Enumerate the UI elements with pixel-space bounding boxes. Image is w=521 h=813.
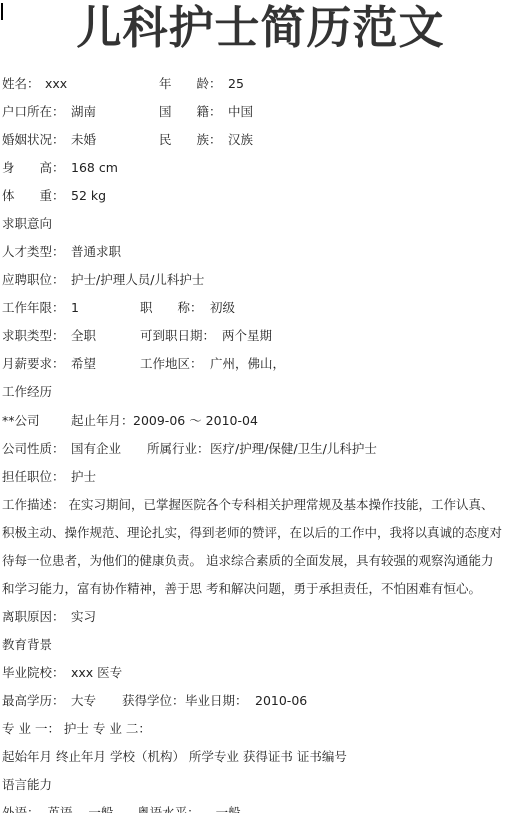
area-label: 工作地区： [140,356,203,372]
period-label: 起止年月： [71,413,134,429]
grad-value: 2010-06 [255,693,307,709]
section-heading-intent: 求职意向 [2,216,52,232]
name-label: 姓名： [2,76,40,92]
ethnicity-label: 民 族： [159,132,222,148]
nationality-label: 国 籍： [159,104,222,120]
rank-label: 职 称： [140,300,203,316]
work-description-line-3: 待每一位患者，为他们的健康负责。 追求综合素质的全面发展，具有较强的观察沟通能力 [2,553,493,569]
age-value: 25 [228,76,244,92]
role-value: 护士 [71,469,96,485]
age-label: 年 龄： [159,76,222,92]
talent-label: 人才类型： [2,244,65,260]
weight-value: 52 kg [71,188,106,204]
height-label: 身 高： [2,160,65,176]
nature-value: 国有企业 [71,441,121,457]
section-heading-language: 语言能力 [2,777,52,793]
nature-label: 公司性质： [2,441,65,457]
section-heading-experience: 工作经历 [2,384,52,400]
hukou-value: 湖南 [71,104,96,120]
section-heading-education: 教育背景 [2,637,52,653]
name-value: xxx [45,76,67,92]
leave-label: 离职原因： [2,609,65,625]
award-label: 获得学位： [122,693,185,709]
degree-label: 最高学历： [2,693,65,709]
school-value: xxx 医专 [71,665,122,681]
row-majors: 专 业 一： 护士 专 业 二： [2,721,151,737]
talent-value: 普通求职 [71,244,121,260]
leave-value: 实习 [71,609,96,625]
height-value: 168 cm [71,160,118,176]
work-description-line-4: 和学习能力，富有协作精神，善于思 考和解决问题，勇于承担责任，不怕困难有恒心。 [2,581,481,597]
role-label: 担任职位： [2,469,65,485]
years-value: 1 [71,300,79,316]
ethnicity-value: 汉族 [228,132,253,148]
work-description-line-2: 积极主动、操作规范、理论扎实，得到老师的赞评，在以后的工作中，我将以真诚的态度对 [2,525,502,541]
years-label: 工作年限： [2,300,65,316]
degree-value: 大专 [71,693,96,709]
industry-label: 所属行业： [147,441,210,457]
jobtype-value: 全职 [71,328,96,344]
company-name: **公司 [2,413,40,429]
rank-value: 初级 [210,300,235,316]
start-label: 可到职日期： [140,328,215,344]
grad-label: 毕业日期： [185,693,248,709]
start-value: 两个星期 [222,328,272,344]
work-description-line-1: 工作描述： 在实习期间，已掌握医院各个专科相关护理常规及基本操作技能，工作认真、 [2,497,493,513]
marital-label: 婚姻状况： [2,132,65,148]
period-value: 2009-06 ～ 2010-04 [133,413,258,429]
industry-value: 医疗/护理/保健/卫生/儿科护士 [210,441,377,457]
salary-label: 月薪要求： [2,356,65,372]
document-title: 儿科护士简历范文 [0,0,521,56]
area-value: 广州，佛山， [210,356,285,372]
position-value: 护士/护理人员/儿科护士 [71,272,204,288]
education-table-header: 起始年月 终止年月 学校（机构） 所学专业 获得证书 证书编号 [2,749,347,765]
salary-value: 希望 [71,356,96,372]
position-label: 应聘职位： [2,272,65,288]
nationality-value: 中国 [228,104,253,120]
weight-label: 体 重： [2,188,65,204]
marital-value: 未婚 [71,132,96,148]
hukou-label: 户口所在： [2,104,65,120]
school-label: 毕业院校： [2,665,65,681]
row-language: 外语： 英语 一般 粤语水平： 一般 [2,805,241,813]
jobtype-label: 求职类型： [2,328,65,344]
